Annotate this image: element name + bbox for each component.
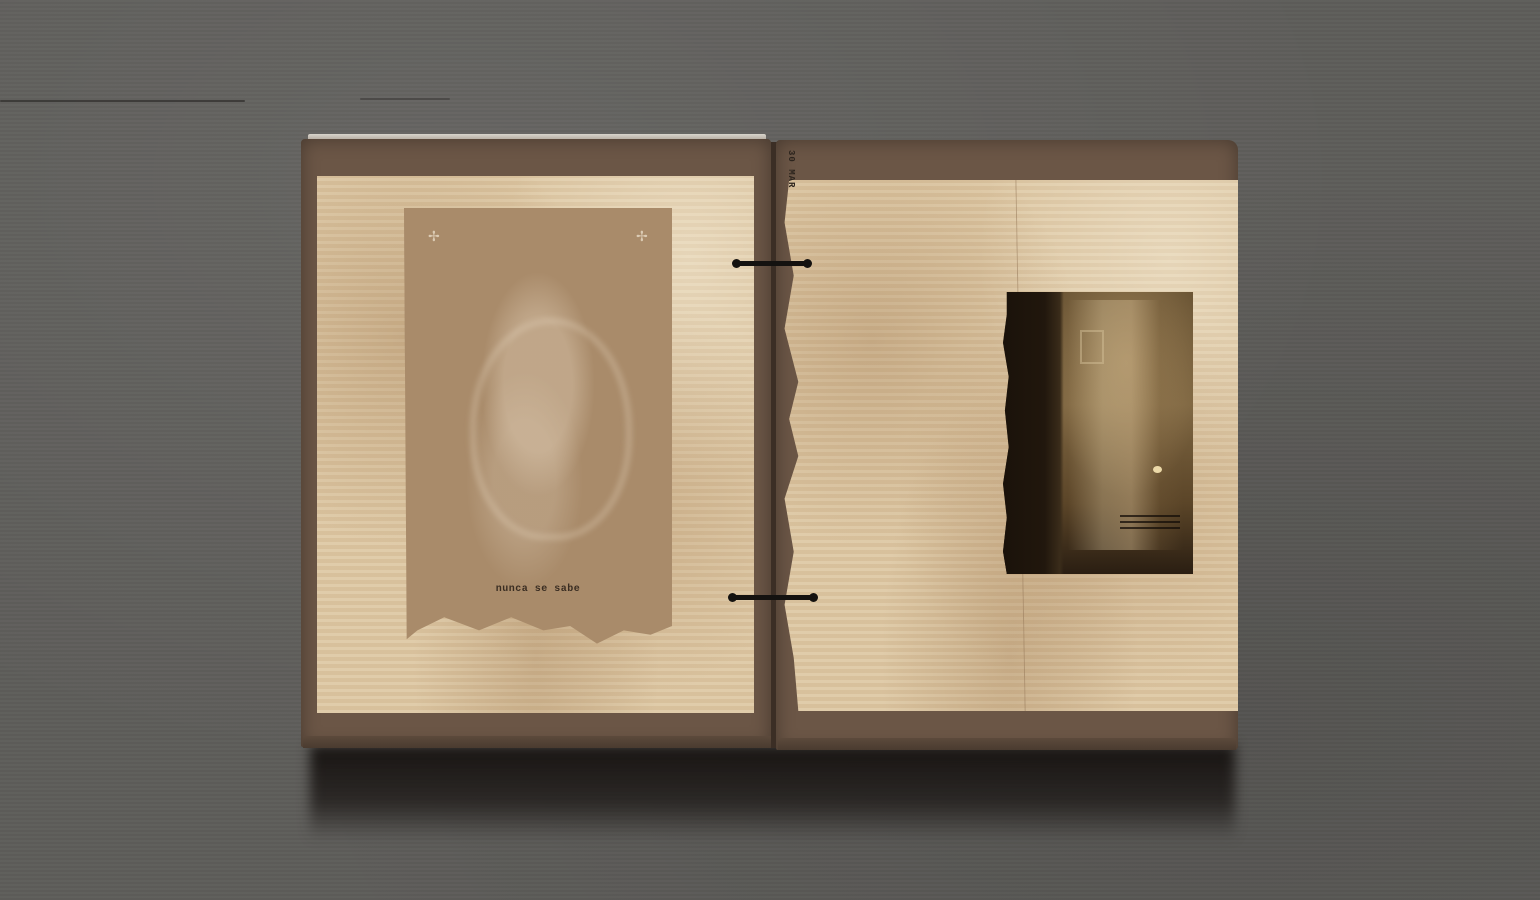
pin-icon: ✢ [636,232,646,242]
surface-crack [360,98,450,100]
kraft-caption: nunca se sabe [404,584,672,595]
date-stamp: 30 MAR [786,150,796,188]
photo-light-spot [1153,466,1162,473]
left-board-edge [303,736,771,748]
photo-dress-stripe [1120,521,1180,523]
right-board-edge [778,738,1236,750]
binding-stitch-top [735,261,809,266]
surface-crack [0,100,245,102]
pin-icon: ✢ [428,232,438,242]
photo-dress-stripe [1120,527,1180,529]
ghost-portrait [470,318,632,540]
book-shadow [310,745,1235,840]
photo-dress-stripe [1120,515,1180,517]
binding-stitch-bottom [731,595,815,600]
photo-window [1080,330,1104,364]
